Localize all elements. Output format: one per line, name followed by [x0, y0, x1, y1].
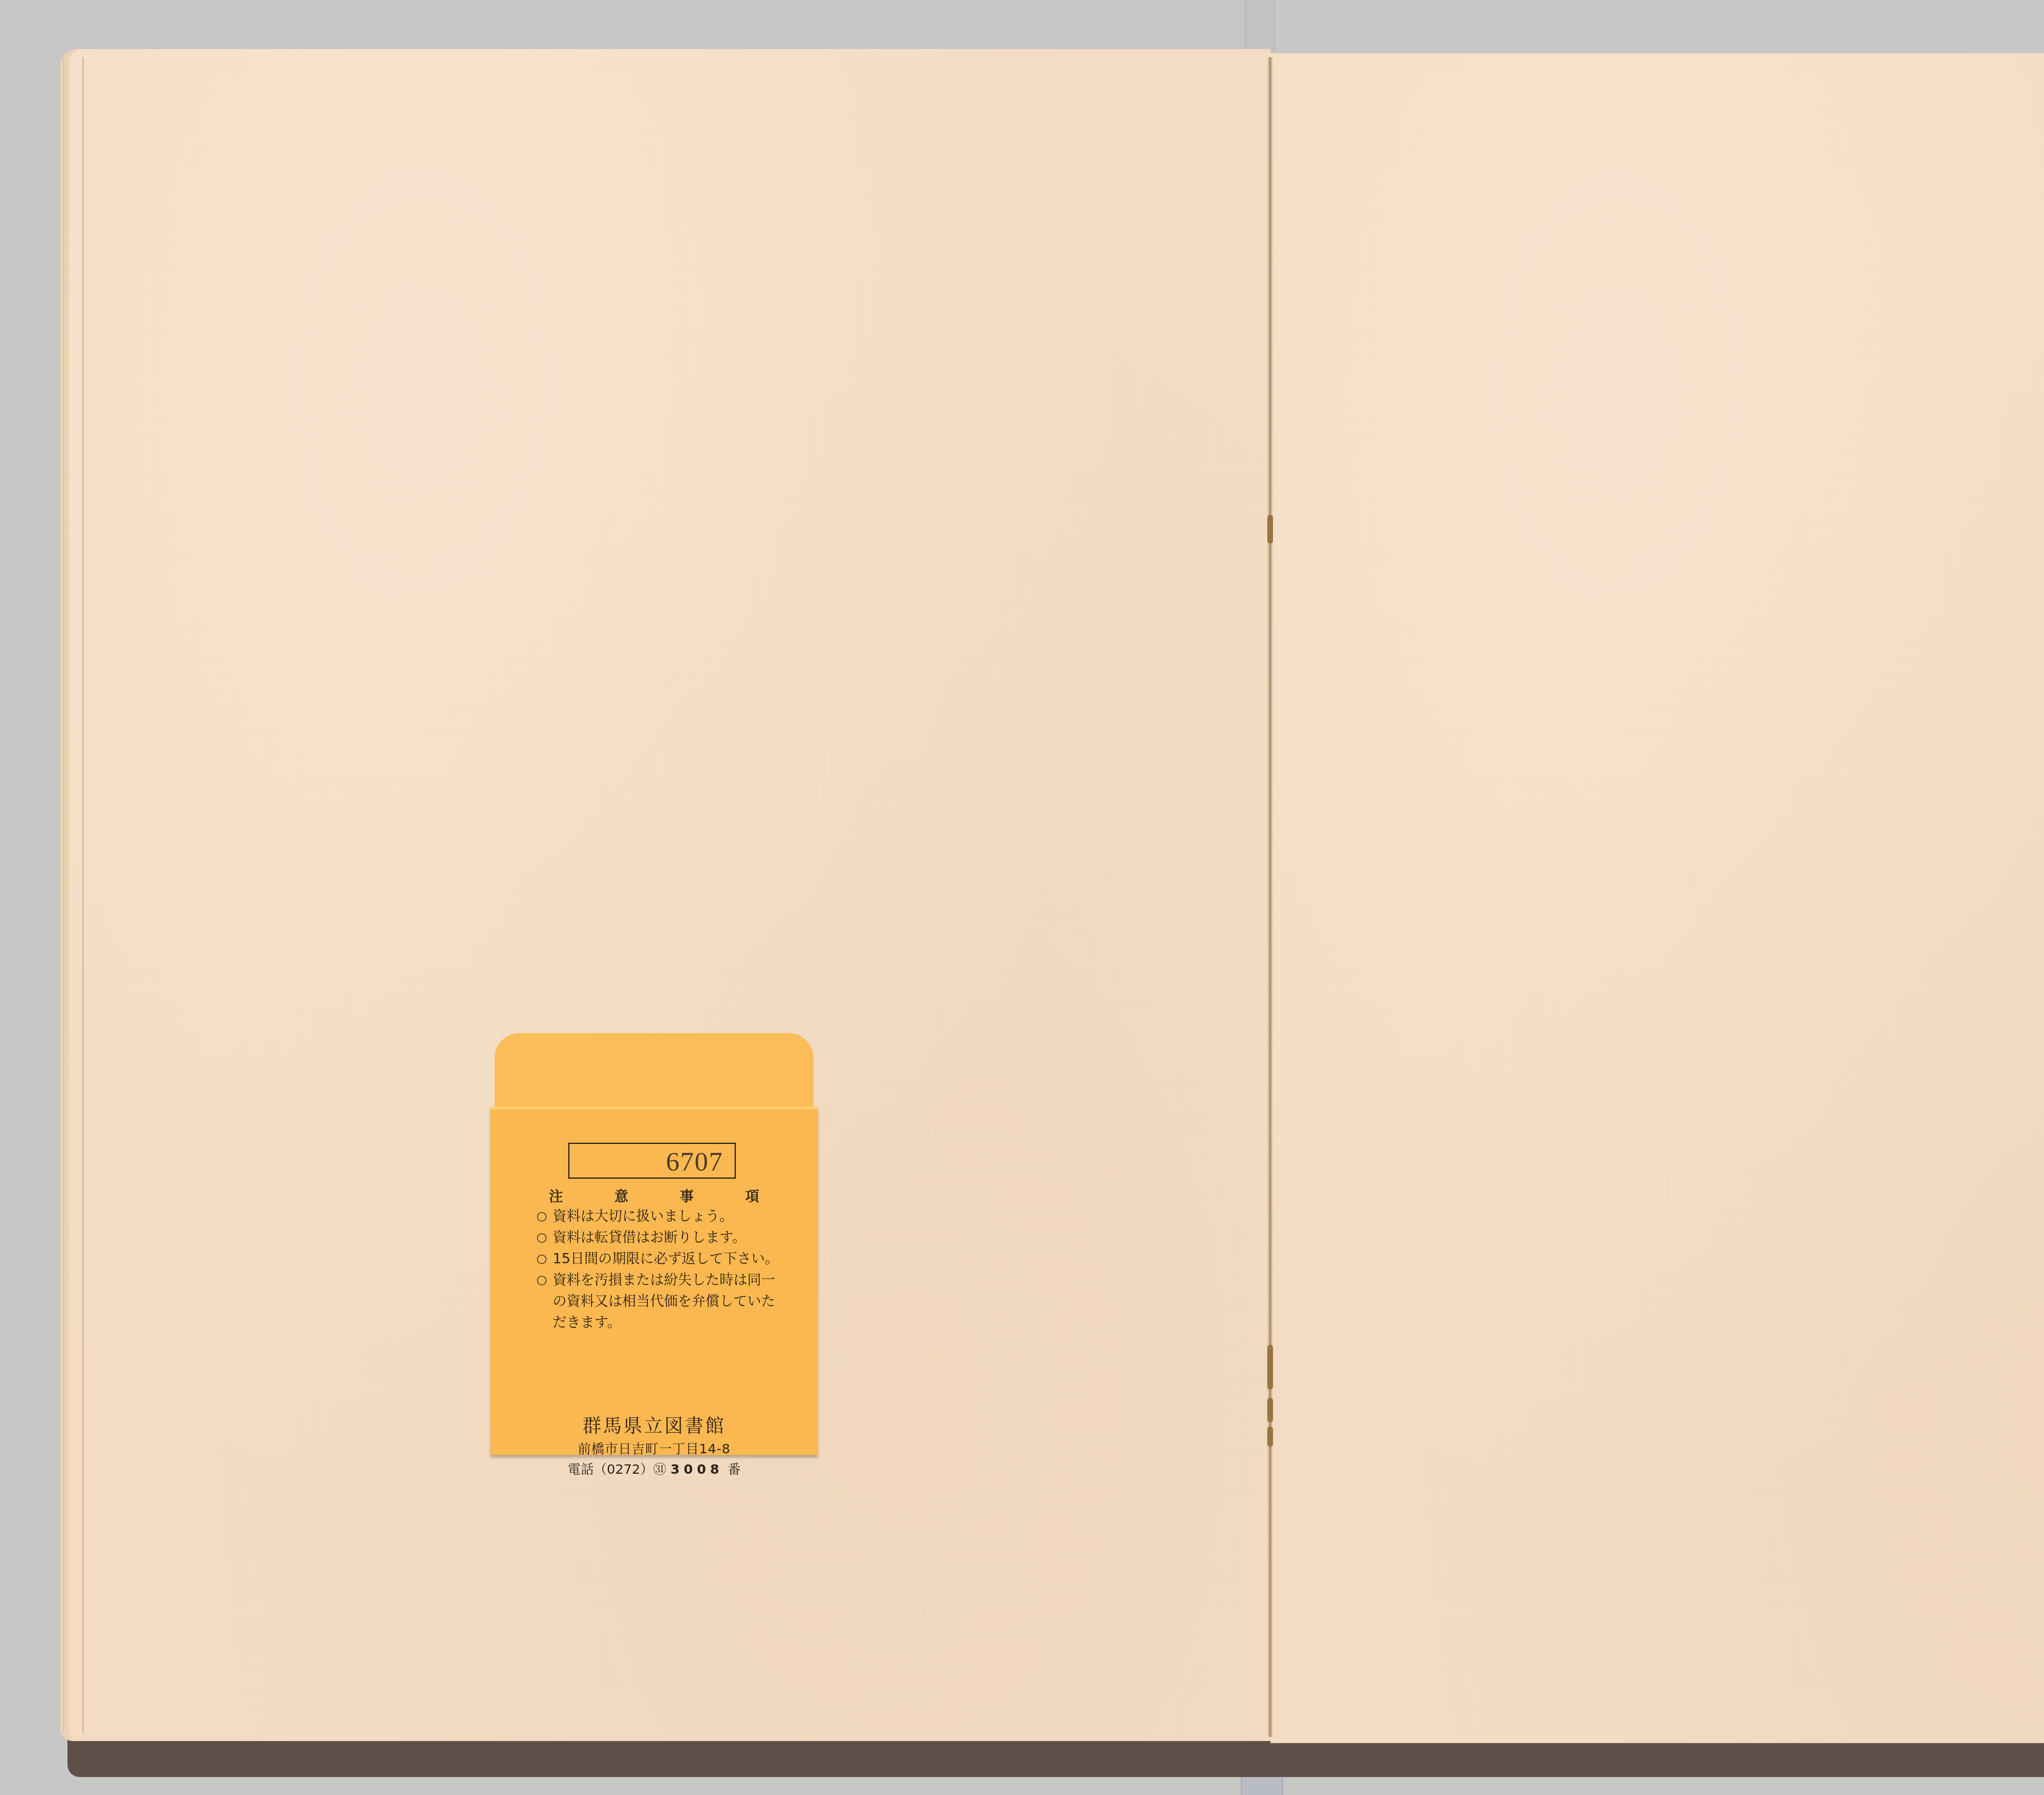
- book-gutter: [1267, 57, 1273, 1737]
- right-page: [1271, 53, 2044, 1743]
- gutter-glue-mark: [1267, 515, 1273, 544]
- notice-title: 注 意 事 項: [491, 1185, 818, 1205]
- gutter-glue-mark: [1267, 1398, 1273, 1422]
- call-number-box: 6707: [568, 1143, 736, 1179]
- scanner-backdrop-seam-top: [1245, 0, 1275, 55]
- library-address: 前橋市日吉町一丁目14-8: [491, 1439, 818, 1457]
- page-stack-edge: [63, 57, 84, 1733]
- circle-bullet-icon: ○: [536, 1227, 547, 1248]
- gutter-glue-mark: [1267, 1345, 1273, 1390]
- gutter-glue-mark: [1267, 1426, 1273, 1447]
- pocket-body: 6707 注 意 事 項 ○ 資料は大切に扱いましょう。 ○ 資料は転貸借はお断…: [491, 1107, 818, 1455]
- notice-item: ○ 資料は大切に扱いましょう。: [536, 1206, 782, 1227]
- notice-item: ○ 資料は転貸借はお断りします。: [536, 1227, 782, 1248]
- library-name: 群馬県立図書館: [491, 1411, 818, 1438]
- circle-bullet-icon: ○: [536, 1269, 547, 1291]
- library-card-pocket: 6707 注 意 事 項 ○ 資料は大切に扱いましょう。 ○ 資料は転貸借はお断…: [491, 1033, 818, 1455]
- notice-list: ○ 資料は大切に扱いましょう。 ○ 資料は転貸借はお断りします。 ○ 15日間の…: [536, 1206, 782, 1333]
- notice-item: ○ 15日間の期限に必ず返して下さい。: [536, 1248, 782, 1269]
- circle-bullet-icon: ○: [536, 1206, 547, 1227]
- call-number: 6707: [666, 1146, 723, 1177]
- left-page: [61, 49, 1271, 1741]
- circle-bullet-icon: ○: [536, 1248, 547, 1269]
- notice-item: ○ 資料を汚損または紛失した時は同一の資料又は相当代価を弁償していただきます。: [536, 1269, 782, 1333]
- phone-number: 3008: [670, 1462, 723, 1477]
- pocket-flap: [495, 1033, 814, 1115]
- library-phone: 電話（0272）㉛ 3008 番: [491, 1459, 818, 1478]
